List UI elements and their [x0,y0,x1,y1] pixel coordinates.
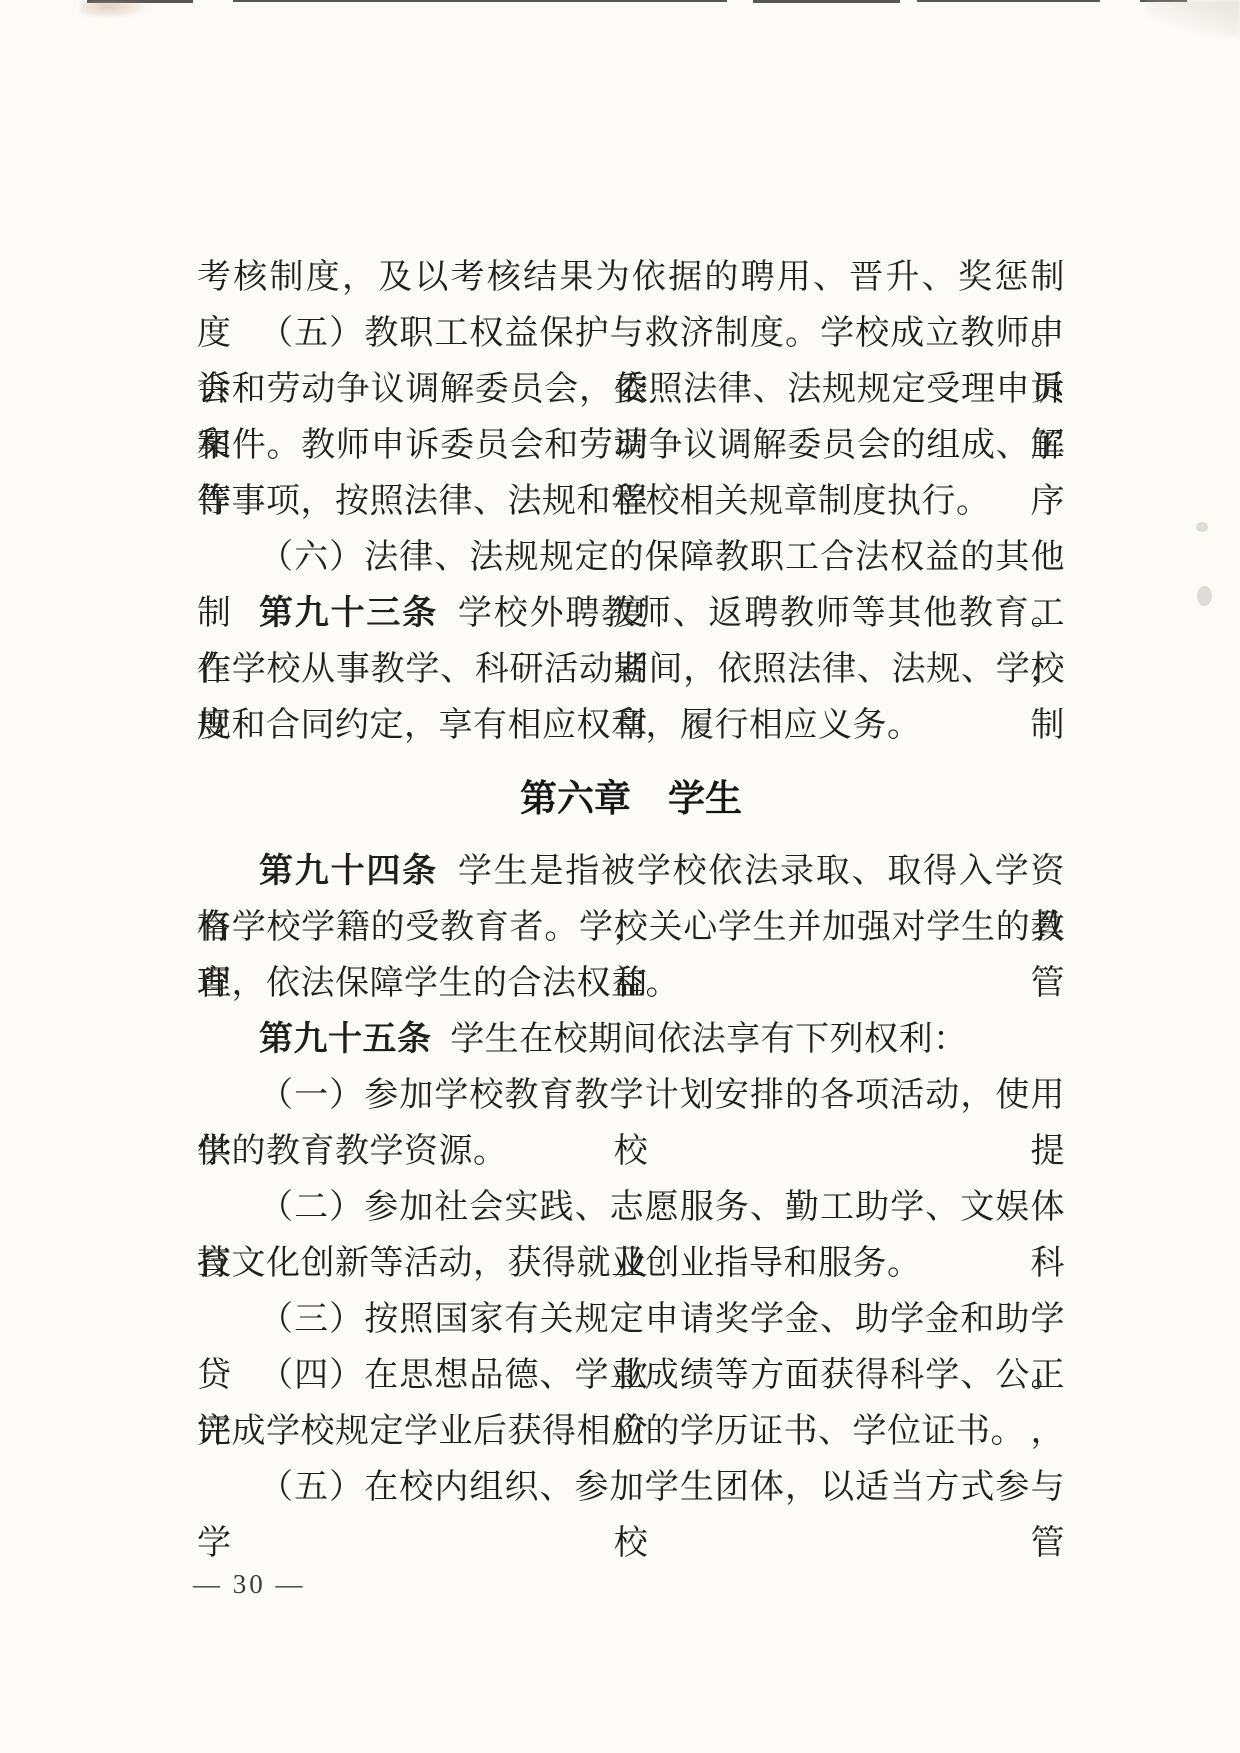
text-line: 考核制度，及以考核结果为依据的聘用、晋升、奖惩制度。 [197,250,1065,306]
text-line: 等事项，按照法律、法规和学校相关规章制度执行。 [197,474,1065,530]
scan-edge-artifact [233,0,727,2]
page-number: — 30 — [193,1566,306,1602]
text-line: 有学校学籍的受教育者。学校关心学生并加强对学生的教育和管 [197,900,1065,956]
text-line: （四）在思想品德、学业成绩等方面获得科学、公正评价， [197,1348,1065,1404]
section-before-heading: 考核制度，及以考核结果为依据的聘用、晋升、奖惩制度。（五）教职工权益保护与救济制… [197,250,1065,754]
article-number: 第九十四条 [259,853,438,890]
text-line: 在学校从事教学、科研活动期间，依照法律、法规、学校规章制 [197,642,1065,698]
text-line: 第九十四条学生是指被学校依法录取、取得入学资格，具 [197,844,1065,900]
article-number: 第九十三条 [259,595,438,632]
text-line: （五）在校内组织、参加学生团体，以适当方式参与学校管 [197,1460,1065,1516]
scan-edge-artifact [753,0,900,3]
text-line: 第九十三条学校外聘教师、返聘教师等其他教育工作者， [197,586,1065,642]
scan-speck [1196,522,1208,532]
scan-corner-shade [1145,0,1240,36]
chapter-heading: 第六章 学生 [197,771,1065,827]
text-line: （六）法律、法规规定的保障教职工合法权益的其他制度。 [197,530,1065,586]
text-line: 第九十五条学生在校期间依法享有下列权利： [197,1012,1065,1068]
text-line: （三）按照国家有关规定申请奖学金、助学金和助学贷款。 [197,1292,1065,1348]
section-after-heading: 第九十四条学生是指被学校依法录取、取得入学资格，具有学校学籍的受教育者。学校关心… [197,844,1065,1516]
scan-speck [1197,586,1212,606]
text-line: 完成学校规定学业后获得相应的学历证书、学位证书。 [197,1404,1065,1460]
scanned-document-page: 考核制度，及以考核结果为依据的聘用、晋升、奖惩制度。（五）教职工权益保护与救济制… [0,0,1240,1753]
text-line: （二）参加社会实践、志愿服务、勤工助学、文娱体育及科 [197,1180,1065,1236]
text-line: 案件。教师申诉委员会和劳动争议调解委员会的组成、工作程序 [197,418,1065,474]
document-text-block: 考核制度，及以考核结果为依据的聘用、晋升、奖惩制度。（五）教职工权益保护与救济制… [197,250,1065,1516]
scan-speckle-artifact [80,1,150,19]
text-line: （五）教职工权益保护与救济制度。学校成立教师申诉委员 [197,306,1065,362]
text-line: （一）参加学校教育教学计划安排的各项活动，使用学校提 [197,1068,1065,1124]
scan-edge-artifact [917,0,1100,2]
article-number: 第九十五条 [259,1021,432,1058]
text-line: 会和劳动争议调解委员会，依照法律、法规规定受理申诉和调解 [197,362,1065,418]
